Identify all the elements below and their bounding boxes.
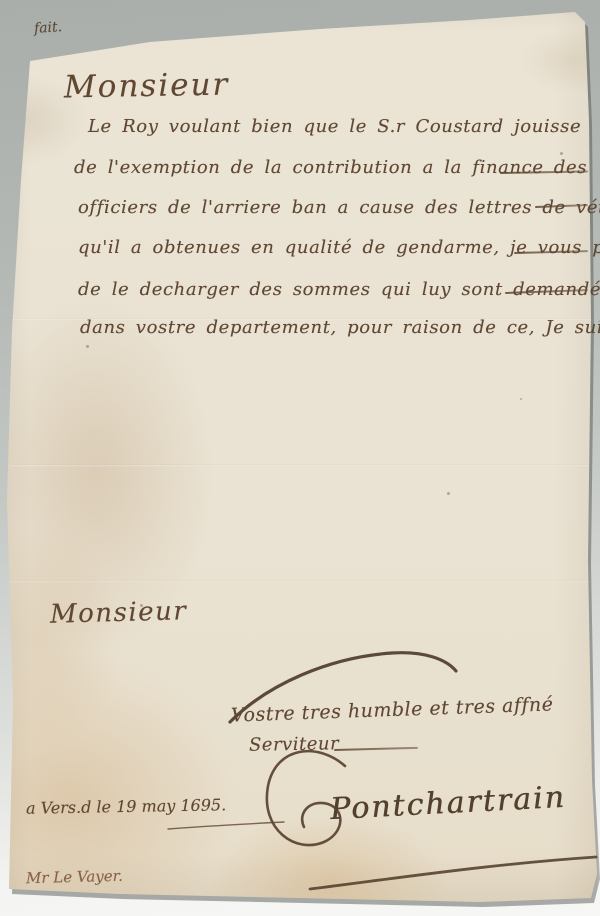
body-line: Le Roy voulant bien que le S.r Coustard … — [88, 116, 581, 137]
foxing-spot — [86, 345, 89, 348]
foxing-spot — [560, 152, 563, 155]
body-line: qu'il a obtenues en qualité de gendarme,… — [78, 237, 600, 258]
fold-crease — [10, 464, 590, 467]
foxing-spot — [520, 398, 522, 400]
salutation: Monsieur — [64, 67, 230, 106]
closing-salutation: Monsieur — [50, 596, 188, 630]
body-line: officiers de l'arriere ban a cause des l… — [78, 197, 600, 218]
body-line: de le decharger des sommes qui luy sont … — [78, 279, 600, 300]
docket-note: Mr Le Vayer. — [26, 867, 123, 888]
scanned-letter-photo: fait. Monsieur Le Roy voulant bien que l… — [0, 0, 600, 916]
valediction-line: Serviteur — [249, 733, 339, 756]
body-line: de l'exemption de la contribution a la f… — [74, 157, 587, 178]
paper-sheet — [0, 0, 600, 916]
foxing-spot — [447, 492, 450, 495]
archival-note: fait. — [33, 19, 62, 37]
dateline: a Vers.d le 19 may 1695. — [26, 795, 227, 817]
body-line: dans vostre departement, pour raison de … — [80, 317, 600, 338]
fold-crease — [10, 580, 590, 583]
